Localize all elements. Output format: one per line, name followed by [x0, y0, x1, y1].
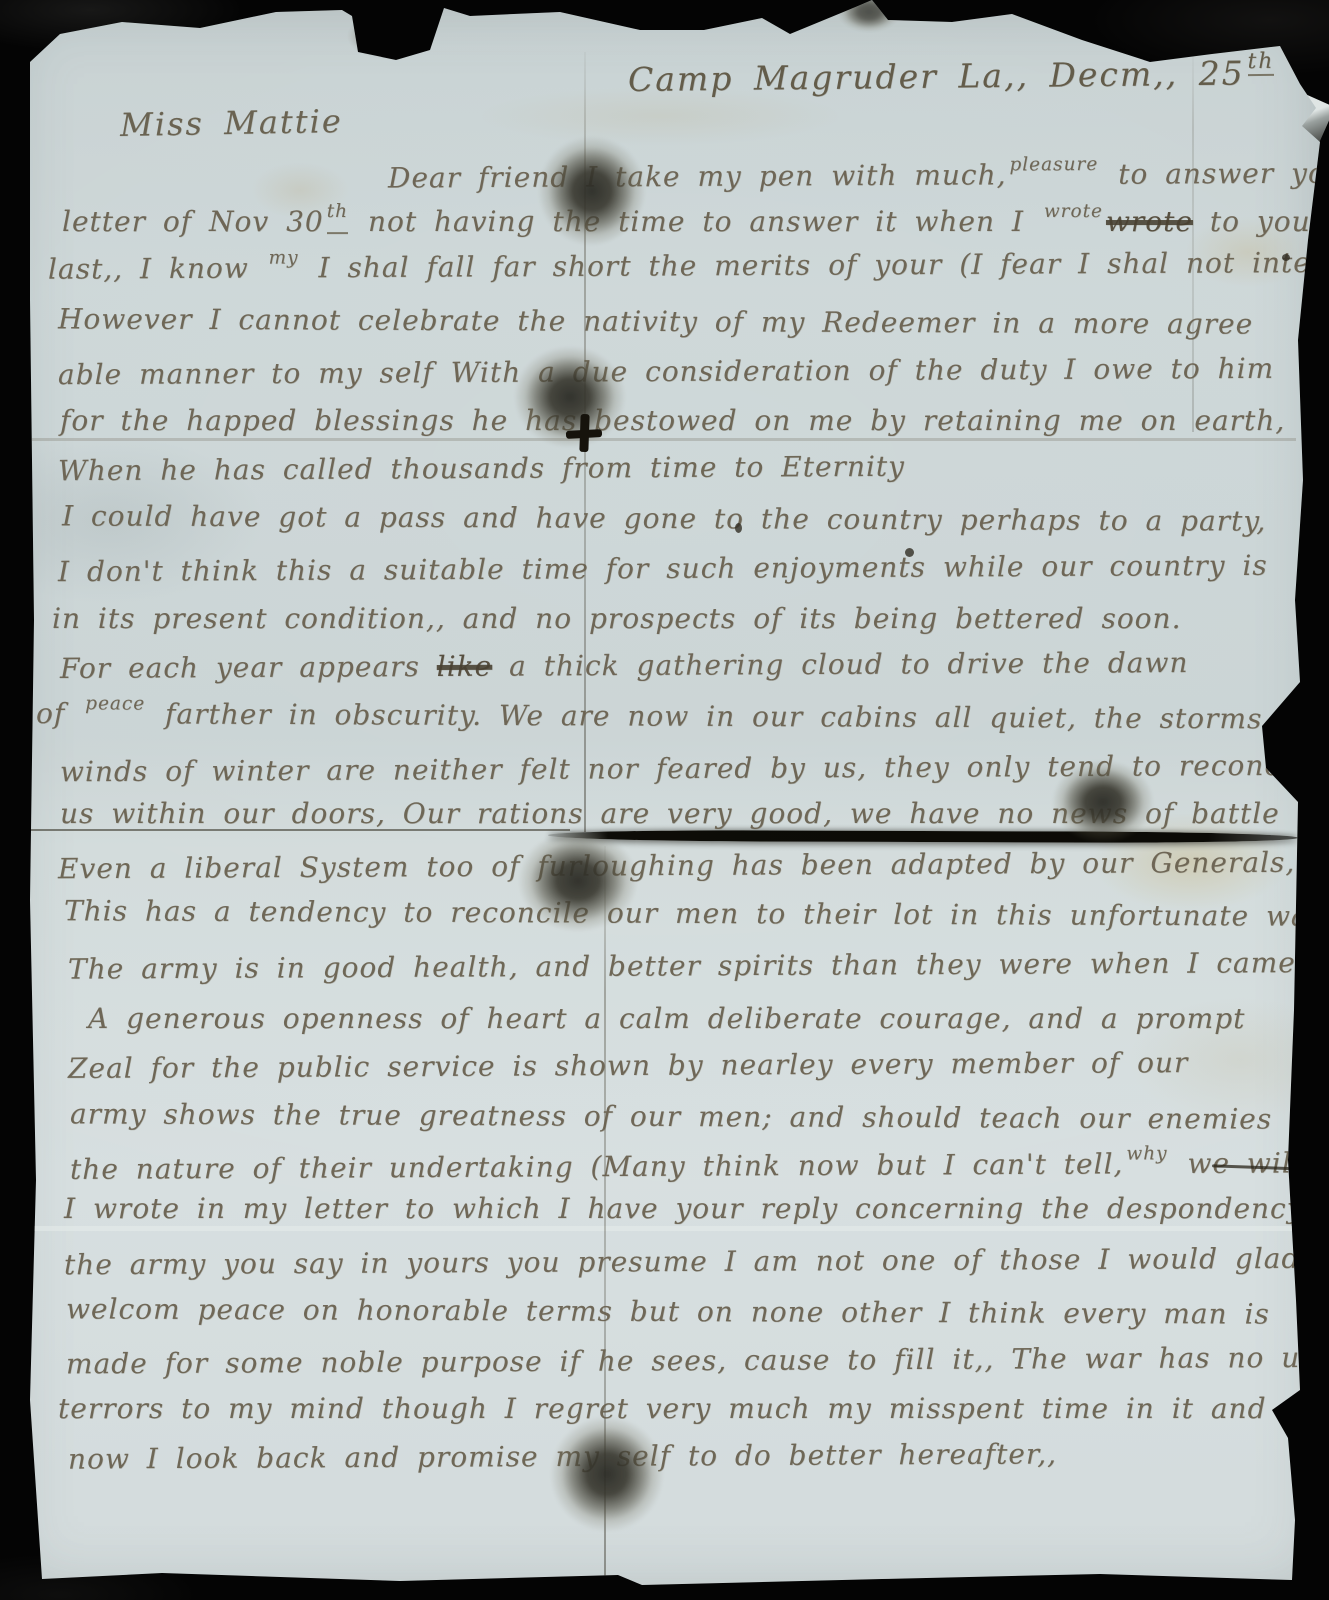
letter-line-10: in its present condition,, and no prospe…: [52, 599, 1181, 639]
letter-text: I don't think this a suitable time for s…: [58, 549, 1268, 588]
letter-line-18: A generous openness of heart a calm deli…: [88, 999, 1245, 1039]
letter-line-2: letter of Nov 30th not having the time t…: [62, 202, 1311, 248]
inserted-word: peace: [85, 684, 145, 724]
letter-line-1: Dear friend I take my pen with much,plea…: [388, 153, 1329, 202]
letter-line-16: This has a tendency to reconcile our men…: [64, 891, 1329, 937]
letter-line-5: able manner to my self With a due consid…: [58, 349, 1274, 395]
letter-line-17: The army is in good health, and better s…: [68, 942, 1329, 989]
letter-text: This has a tendency to reconcile our men…: [64, 894, 1329, 933]
letter-text: a thick gathering cloud to drive the daw…: [492, 646, 1188, 683]
letter-text: the nature of their undertaking (Many th…: [70, 1147, 1124, 1186]
letter-text: able manner to my self With a due consid…: [58, 352, 1274, 391]
letter-line-15: Even a liberal System too of furloughing…: [58, 843, 1295, 889]
struck-word: like: [437, 650, 493, 683]
letter-line-9: I don't think this a suitable time for s…: [58, 546, 1268, 592]
ink-speck: [905, 548, 914, 557]
letter-line-20: army shows the true greatness of our men…: [70, 1094, 1272, 1139]
letter-text: not having the time to answer it when I: [351, 205, 1041, 238]
letter-text: made for some noble purpose if he sees, …: [66, 1341, 1329, 1381]
letter-paper: Camp Magruder La,, Decm,, 25th 1864 Miss…: [0, 0, 1329, 1600]
ink-blot: [550, 1416, 664, 1532]
letter-text: letter of Nov 30: [62, 205, 324, 238]
letter-text: last,, I know: [48, 252, 266, 286]
ink-blot: [348, 14, 424, 58]
letter-text: I shal fall far short the merits of your…: [302, 245, 1329, 284]
letter-text: I wrote in my letter to which I have you…: [64, 1192, 1329, 1225]
letter-text: Camp Magruder La,, Decm,, 25: [628, 54, 1245, 99]
letter-text: we will soon have: [1170, 1145, 1329, 1180]
dateline: Camp Magruder La,, Decm,, 25th 1864: [628, 52, 1329, 99]
letter-line-3: last,, I know my I shal fall far short t…: [48, 242, 1329, 293]
ink-speck: [735, 523, 742, 533]
letter-text: When he has called thousands from time t…: [58, 450, 905, 487]
letter-line-7: When he has called thousands from time t…: [58, 447, 905, 491]
letter-line-23: the army you say in yours you presume I …: [64, 1239, 1327, 1286]
letter-line-11: For each year appears like a thick gathe…: [60, 643, 1189, 689]
letter-text: terrors to my mind though I regret very …: [58, 1392, 1267, 1425]
ink-blot: [1052, 760, 1154, 844]
ink-speck: [1282, 254, 1290, 261]
letter-text: For each year appears: [60, 650, 437, 685]
letter-line-19: Zeal for the public service is shown by …: [68, 1043, 1189, 1089]
letter-line-24: welcom peace on honorable terms but on n…: [66, 1289, 1270, 1334]
photo-background: Camp Magruder La,, Decm,, 25th 1864 Miss…: [0, 0, 1329, 1600]
letter-text: However I cannot celebrate the nativity …: [58, 302, 1253, 340]
letter-line-6: for the happed blessings he has bestowed…: [60, 401, 1285, 441]
ink-blot: [518, 830, 638, 932]
ink-cross-mark: [579, 414, 589, 452]
letter-text: Dear friend I take my pen with much,: [388, 158, 1007, 194]
letter-text: the army you say in yours you presume I …: [64, 1242, 1327, 1282]
letter-text: The army is in good health, and better s…: [68, 945, 1329, 985]
letter-text: in its present condition,, and no prospe…: [52, 602, 1181, 635]
letter-line-25: made for some noble purpose if he sees, …: [66, 1338, 1329, 1385]
inserted-word: th: [1247, 49, 1274, 76]
ink-blot: [838, 0, 900, 32]
letter-text: for the happed blessings he has bestowed…: [60, 404, 1285, 437]
letter-line-21: the nature of their undertaking (Many th…: [70, 1142, 1329, 1194]
salutation: Miss Mattie: [120, 102, 343, 144]
letter-text: 1864: [1277, 52, 1329, 92]
letter-line-22: I wrote in my letter to which I have you…: [64, 1189, 1329, 1229]
letter-text: A generous openness of heart a calm deli…: [88, 1002, 1245, 1035]
letter-text: Zeal for the public service is shown by …: [68, 1046, 1188, 1085]
letter-text: of: [36, 697, 82, 730]
letter-text: to answer your: [1101, 156, 1329, 190]
letter-line-26: terrors to my mind though I regret very …: [58, 1389, 1267, 1429]
inserted-word: why: [1126, 1134, 1167, 1174]
letter-text: farther in obscurity. We are now in our …: [148, 697, 1329, 736]
letter-line-4: However I cannot celebrate the nativity …: [58, 299, 1253, 344]
letter-text: Even a liberal System too of furloughing…: [58, 846, 1295, 885]
letter-line-8: I could have got a pass and have gone to…: [62, 496, 1267, 541]
letter-text: welcom peace on honorable terms but on n…: [66, 1292, 1270, 1330]
inserted-word: wrote: [1044, 192, 1103, 232]
inserted-word: pleasure: [1009, 145, 1098, 185]
letter-text: army shows the true greatness of our men…: [70, 1097, 1272, 1135]
inserted-word: th: [327, 192, 348, 234]
struck-word: wrote: [1106, 205, 1193, 238]
letter-text: to you: [1193, 205, 1311, 238]
letter-text: I could have got a pass and have gone to…: [62, 499, 1266, 537]
letter-line-12: of peace farther in obscurity. We are no…: [36, 694, 1329, 744]
inserted-word: my: [268, 239, 298, 279]
